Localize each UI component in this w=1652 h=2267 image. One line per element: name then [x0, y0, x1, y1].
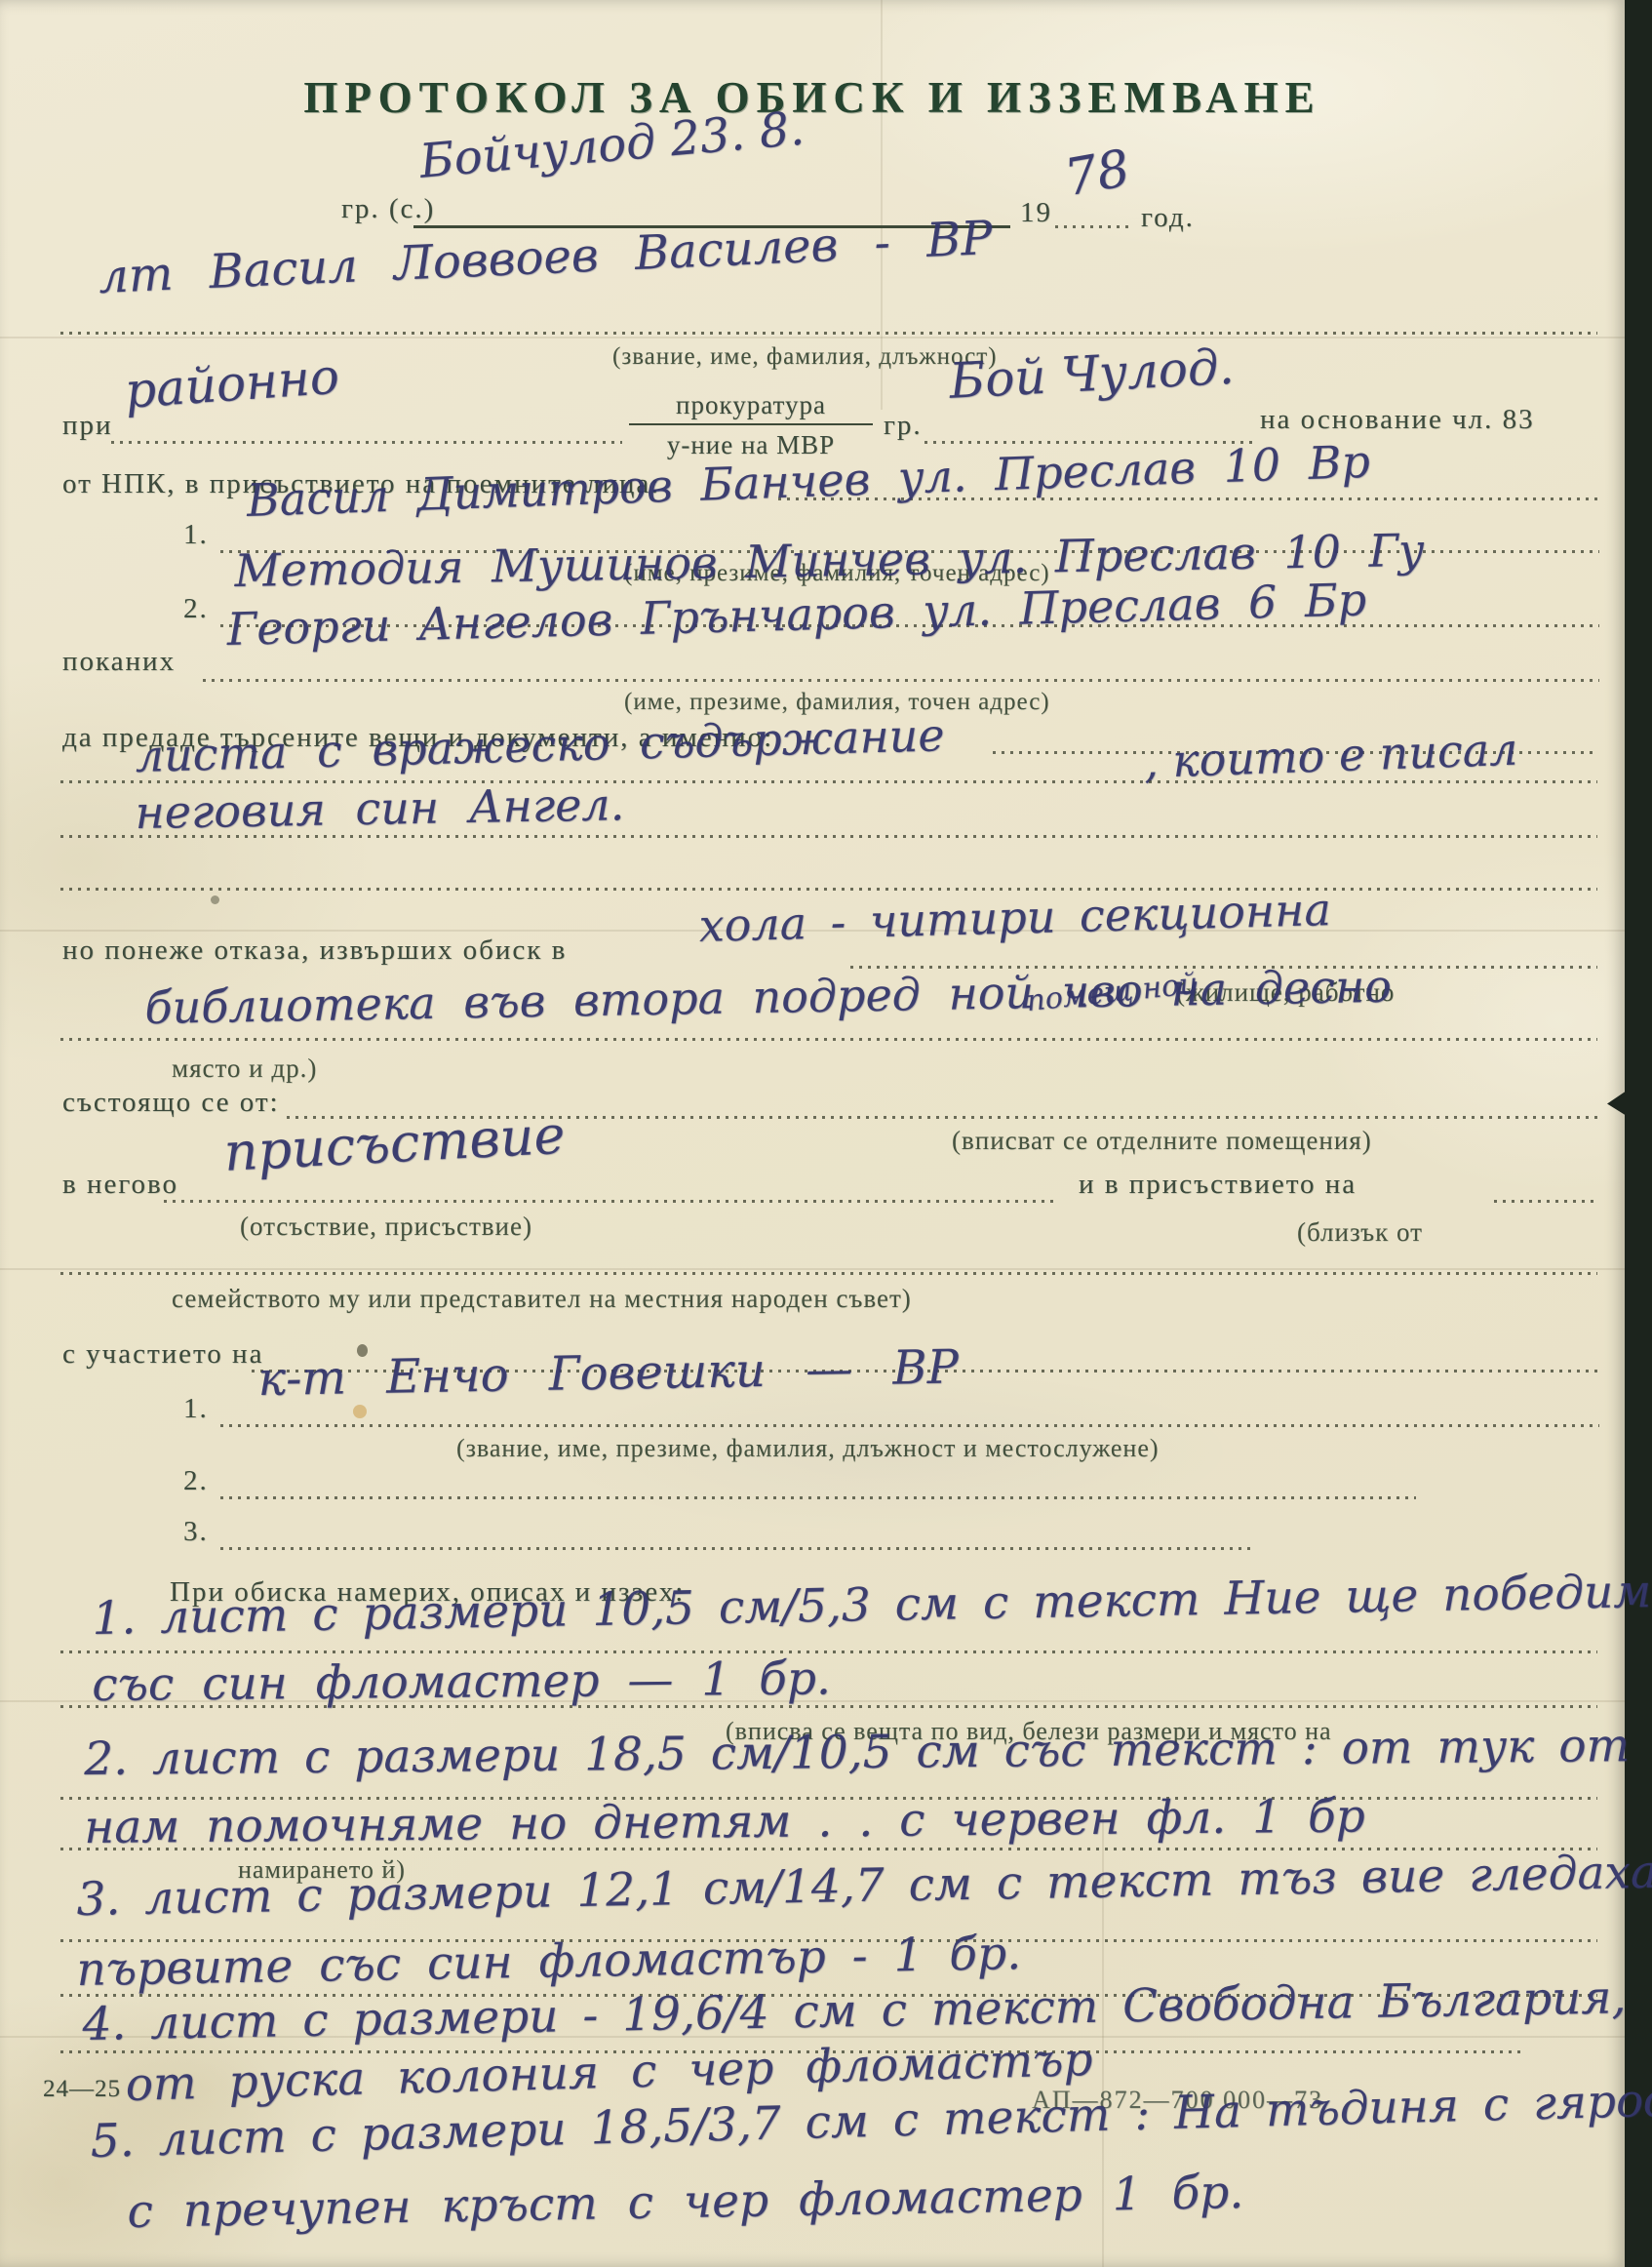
dotted-fill-line [220, 1496, 1416, 1499]
premises-caption-2: място и др.) [172, 1054, 317, 1084]
participant-number-3: 3. [183, 1516, 209, 1548]
form-title: ПРОТОКОЛ ЗА ОБИСК И ИЗЗЕМВАНЕ [0, 72, 1625, 123]
presence-caption: (отсъствие, присъствие) [240, 1212, 532, 1242]
handwritten-handover-line1: листа с вражеско съдържание [135, 708, 945, 782]
city-label: гр. [884, 410, 923, 442]
page-margin-note: 24—25 [43, 2076, 121, 2103]
dotted-fill-line [60, 835, 1597, 838]
paper-sheet: ПРОТОКОЛ ЗА ОБИСК И ИЗЗЕМВАНЕ гр. (с.) Б… [0, 0, 1625, 2267]
relative-caption-2: семейството му или представител на местн… [172, 1284, 912, 1314]
handwritten-search-line2: библиотека във втора подред ной чво на д… [144, 960, 1392, 1034]
paper-stain [211, 895, 219, 904]
handwritten-item2-line1: 2. лист с размери 18,5 см/10,5 см със те… [84, 1719, 1630, 1786]
search-label: но понеже отказа, извърших обиск в [62, 935, 567, 967]
participant-caption: (звание, име, презиме, фамилия, длъжност… [456, 1434, 1160, 1463]
paper-crease [0, 1268, 1625, 1270]
participant-number-1: 1. [183, 1393, 209, 1425]
dotted-fill-line [60, 1038, 1597, 1041]
dotted-fill-line [203, 679, 1599, 682]
paper-stain [353, 1405, 367, 1418]
witness-number-1: 1. [183, 519, 209, 551]
handwritten-handover-line1b: , които е писал [1143, 723, 1518, 788]
legal-basis: на основание чл. 83 [1260, 404, 1535, 436]
handwritten-handover-line2: неговия син Ангел. [135, 777, 625, 839]
consisting-label: състоящо се от: [62, 1087, 280, 1119]
dotted-fill-line [164, 1200, 1059, 1203]
dotted-fill-line [60, 1272, 1597, 1275]
authority-option-prosecutor: прокуратура [629, 390, 873, 425]
scanned-document: ПРОТОКОЛ ЗА ОБИСК И ИЗЗЕМВАНЕ гр. (с.) Б… [0, 0, 1652, 2267]
presence-label: в негово [62, 1169, 178, 1201]
paper-crease [0, 337, 1625, 338]
place-label: гр. (с.) [341, 193, 435, 225]
dotted-fill-line [220, 1424, 1599, 1427]
relative-caption-1: (близък от [1297, 1217, 1423, 1248]
handwritten-item2-line2: нам помочняме но днетям . . с червен фл.… [84, 1790, 1365, 1854]
handwritten-search-line1: хола - читири секционна [698, 883, 1331, 952]
year-prefix: 19 [1020, 197, 1052, 229]
year-dotted-line [1055, 225, 1133, 228]
handwritten-participant: к-т Енчо Говешки — ВР [257, 1339, 959, 1407]
and-presence-label: и в присъствието на [1079, 1169, 1357, 1201]
dotted-fill-line [60, 1705, 1597, 1708]
dotted-fill-line [111, 441, 622, 444]
dotted-fill-line [1494, 1200, 1597, 1203]
invited-label: поканих [62, 646, 176, 678]
handwritten-department: районно [123, 348, 341, 419]
official-caption: (звание, име, фамилия, длъжност) [612, 343, 998, 371]
dotted-fill-line [220, 1547, 1256, 1550]
authority-options: прокуратура у-ние на МВР [629, 390, 873, 460]
dotted-fill-line [60, 332, 1597, 335]
year-suffix: год. [1141, 202, 1195, 234]
participant-number-2: 2. [183, 1465, 209, 1497]
rooms-caption: (вписват се отделните помещения) [952, 1126, 1372, 1156]
handwritten-item1-line2: със син фломастер — 1 бр. [92, 1651, 831, 1712]
participation-label: с участието на [62, 1338, 263, 1371]
handwritten-year: 78 [1060, 139, 1134, 209]
dotted-fill-line [60, 888, 1597, 891]
witness-number-2: 2. [183, 593, 209, 625]
at-label: при [62, 410, 113, 442]
